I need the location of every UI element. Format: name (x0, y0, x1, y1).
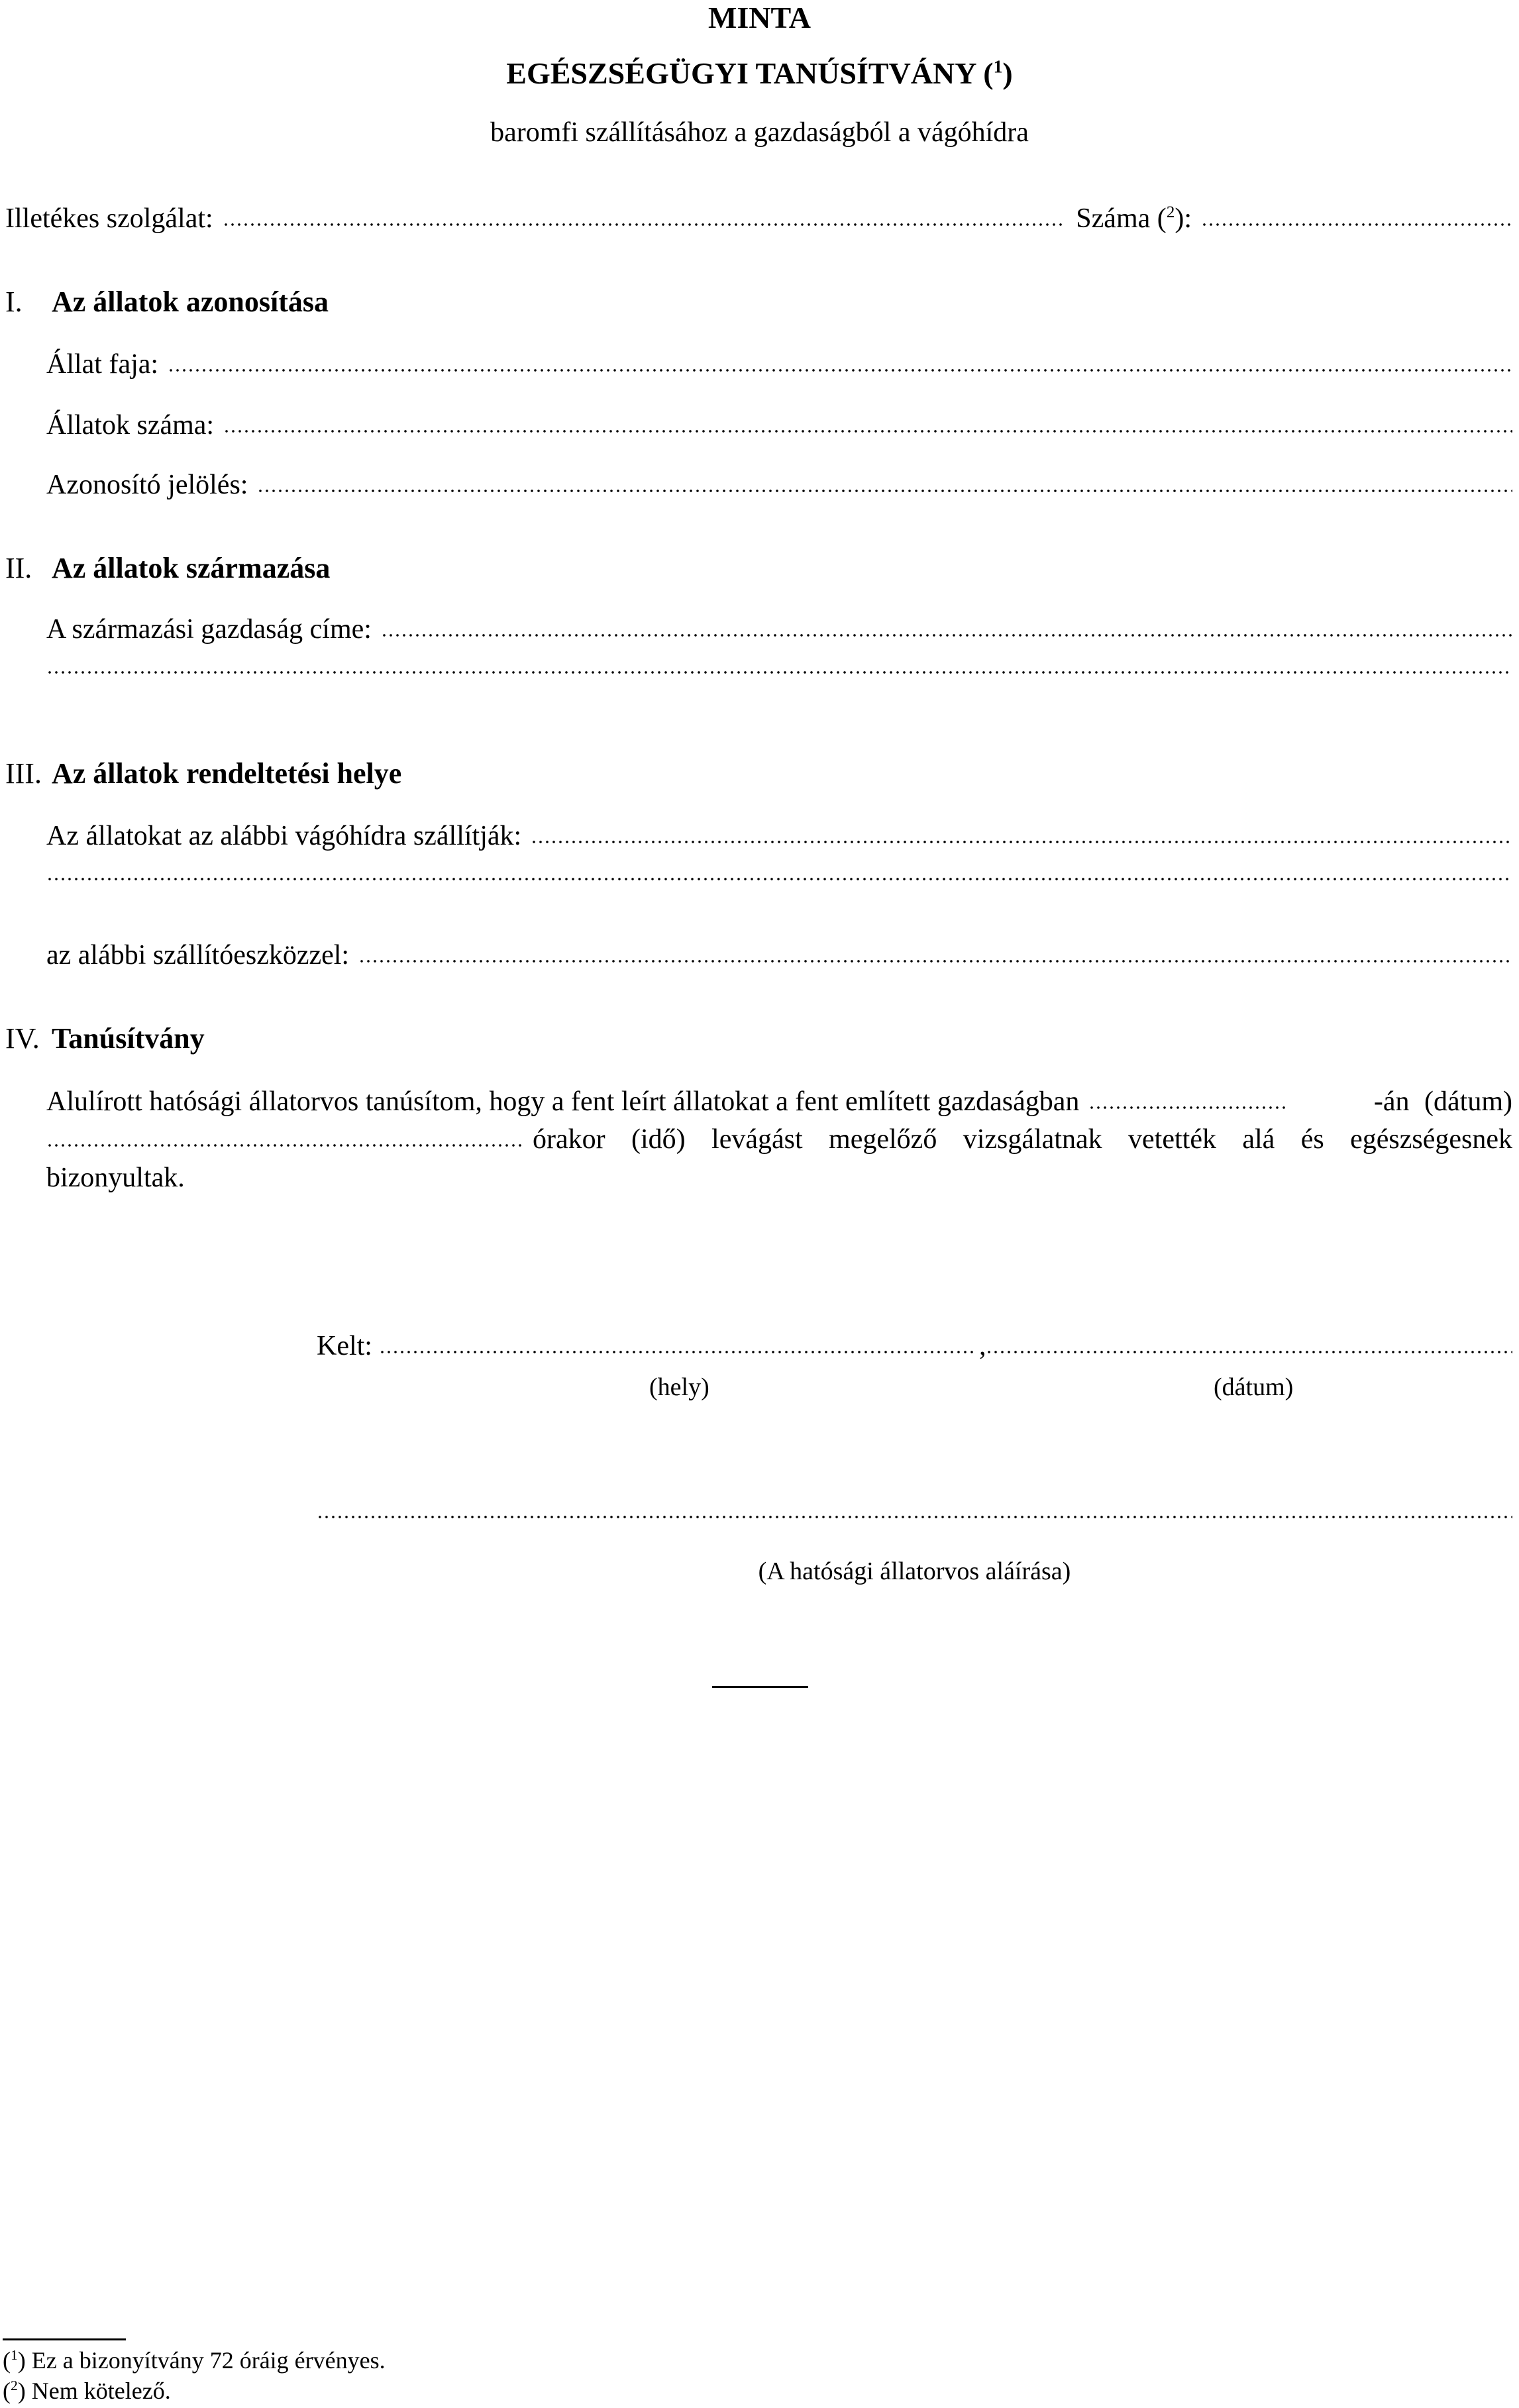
animal-count-field[interactable] (223, 430, 1512, 433)
footnote-1-text: Ez a bizonyítvány 72 óráig érvényes. (32, 2347, 386, 2374)
footnote-ref-1[interactable]: 1 (994, 56, 1003, 77)
footnote-2-ref: 2 (11, 2378, 18, 2393)
section-3-title: Az állatok rendeltetési helye (52, 757, 401, 790)
slaughterhouse-row-2 (46, 879, 1512, 882)
number-field[interactable] (1201, 223, 1512, 226)
end-divider (712, 1686, 808, 1688)
origin-address-field-2[interactable] (46, 671, 1512, 674)
species-row: Állat faja: (46, 348, 1512, 381)
footnote-1-ref: 1 (11, 2347, 18, 2363)
certificate-text-line-3: bizonyultak. (46, 1161, 185, 1194)
section-1-heading: I.Az állatok azonosítása (5, 285, 329, 319)
transport-label: az alábbi szállítóeszközzel: (46, 939, 349, 972)
transport-field[interactable] (358, 960, 1512, 963)
certificate-text-part-2: -án (dátum) (1296, 1085, 1512, 1118)
section-2-numeral: II. (5, 551, 52, 585)
signature-row (317, 1517, 1512, 1520)
certificate-text-line-2: órakor (idő) levágást megelőző vizsgálat… (46, 1123, 1512, 1156)
slaughterhouse-label: Az állatokat az alábbi vágóhídra szállít… (46, 819, 521, 853)
origin-address-row-2 (46, 672, 1512, 675)
authority-label: Illetékes szolgálat: (5, 202, 213, 235)
slaughterhouse-field[interactable] (531, 841, 1512, 843)
certificate-title-close: ) (1002, 56, 1012, 90)
certificate-subtitle: baromfi szállításához a gazdaságból a vá… (0, 117, 1519, 148)
issued-label: Kelt: (317, 1330, 372, 1363)
certificate-text-part-1: Alulírott hatósági állatorvos tanúsítom,… (46, 1085, 1079, 1118)
inspection-date-field[interactable] (1088, 1106, 1287, 1109)
section-2-title: Az állatok származása (52, 552, 330, 584)
footnote-2-text: Nem kötelező. (32, 2378, 171, 2404)
section-4-title: Tanúsítvány (52, 1022, 205, 1055)
model-label: MINTA (0, 0, 1519, 35)
footnote-divider (3, 2338, 126, 2340)
slaughterhouse-field-2[interactable] (46, 878, 1512, 880)
identification-row: Azonosító jelölés: (46, 468, 1512, 501)
origin-address-row: A származási gazdaság címe: (46, 613, 1512, 646)
section-3-heading: III.Az állatok rendeltetési helye (5, 757, 401, 790)
section-2-heading: II.Az állatok származása (5, 551, 330, 585)
footnote-1: (1) Ez a bizonyítvány 72 óráig érvényes. (3, 2345, 386, 2376)
species-label: Állat faja: (46, 348, 158, 381)
issued-place-field[interactable] (379, 1351, 975, 1353)
number-label-text: Száma ( (1076, 203, 1166, 234)
signature-field[interactable] (317, 1516, 1512, 1518)
section-3-numeral: III. (5, 757, 52, 790)
authority-field[interactable] (223, 223, 1063, 226)
identification-label: Azonosító jelölés: (46, 468, 248, 501)
date-caption: (dátum) (1214, 1373, 1293, 1402)
signature-caption: (A hatósági állatorvos aláírása) (317, 1557, 1512, 1586)
footnote-2: (2) Nem kötelező. (3, 2376, 171, 2406)
number-label: Száma (2): (1076, 202, 1192, 235)
species-field[interactable] (168, 369, 1512, 372)
section-4-numeral: IV. (5, 1021, 52, 1055)
certificate-text-part-3: órakor (idő) levágást megelőző vizsgálat… (533, 1123, 1512, 1156)
identification-field[interactable] (257, 490, 1512, 492)
origin-address-label: A származási gazdaság címe: (46, 613, 372, 646)
origin-address-field[interactable] (381, 634, 1512, 637)
animal-count-row: Állatok száma: (46, 409, 1512, 442)
footnote-ref-2[interactable]: 2 (1167, 203, 1175, 221)
transport-row: az alábbi szállítóeszközzel: (46, 939, 1512, 972)
certificate-title: EGÉSZSÉGÜGYI TANÚSÍTVÁNY (1) (0, 56, 1519, 91)
slaughterhouse-row: Az állatokat az alábbi vágóhídra szállít… (46, 819, 1512, 853)
issued-separator: , (979, 1330, 986, 1363)
inspection-time-field[interactable] (46, 1144, 523, 1147)
section-1-numeral: I. (5, 285, 52, 319)
section-4-heading: IV.Tanúsítvány (5, 1021, 205, 1055)
animal-count-label: Állatok száma: (46, 409, 214, 442)
certificate-text-part-4: bizonyultak. (46, 1161, 185, 1194)
certificate-title-text: EGÉSZSÉGÜGYI TANÚSÍTVÁNY ( (506, 56, 993, 90)
place-caption: (hely) (649, 1373, 709, 1402)
section-1-title: Az állatok azonosítása (52, 286, 329, 318)
issued-row: Kelt: , (317, 1330, 1512, 1363)
number-label-close: ): (1175, 203, 1192, 234)
issued-date-field[interactable] (986, 1351, 1512, 1353)
authority-row: Illetékes szolgálat: Száma (2): (5, 202, 1512, 235)
certificate-text-line-1: Alulírott hatósági állatorvos tanúsítom,… (46, 1085, 1512, 1118)
